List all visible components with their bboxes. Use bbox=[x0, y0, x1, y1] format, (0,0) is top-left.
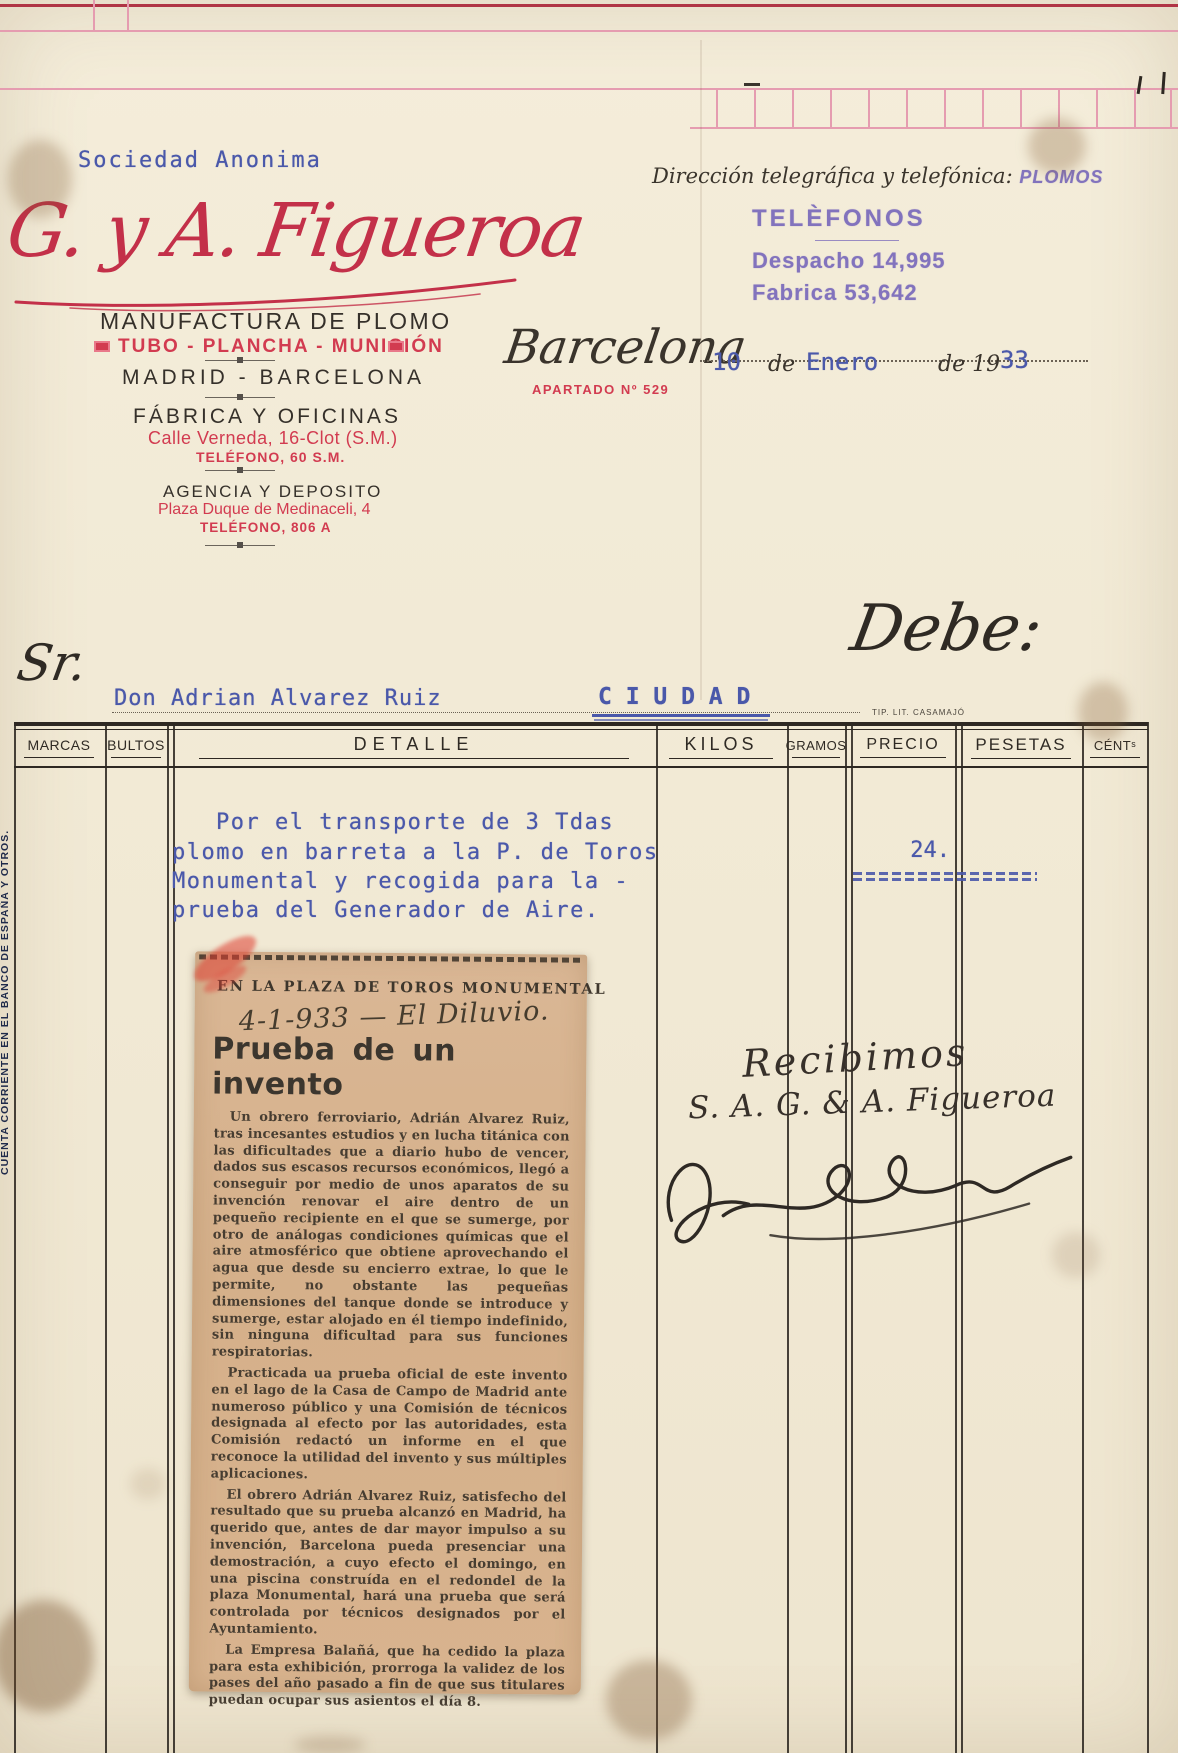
handwritten-received: Recibimos bbox=[741, 1030, 969, 1086]
col-underline-bultos bbox=[111, 757, 161, 758]
company-logo-script: G. y A. Figueroa bbox=[2, 188, 589, 274]
ruling-col-tick-4 bbox=[830, 88, 832, 128]
dateline-de-word: de bbox=[768, 352, 795, 377]
dateline-year-typed: 33 bbox=[1000, 346, 1029, 374]
margin-note-vertical: CUENTA CORRIENTE EN EL BANCO DE ESPAÑA Y… bbox=[0, 728, 14, 1276]
col-header-detalle: DETALLE bbox=[354, 734, 475, 755]
business-line: MANUFACTURA DE PLOMO bbox=[100, 308, 452, 335]
col-underline-pesetas bbox=[971, 758, 1071, 759]
detail-line-1: Por el transporte de 3 Tdas bbox=[216, 810, 614, 835]
products-ornament-right bbox=[388, 341, 404, 352]
newspaper-clipping: EN LA PLAZA DE TOROS MONUMENTAL 4-1-933 … bbox=[189, 951, 587, 1694]
dateline-de-year: de 19 bbox=[938, 352, 1000, 377]
dateline-rule bbox=[700, 360, 1088, 362]
ruling-col-tick-10 bbox=[1058, 88, 1060, 128]
col-header-cents: CÉNTˢ bbox=[1094, 738, 1136, 753]
divider-ornament-3 bbox=[205, 470, 275, 471]
ruling-pink-line-2 bbox=[0, 88, 1178, 90]
corner-pen-mark-2 bbox=[1161, 72, 1166, 94]
stain-right-mid bbox=[1078, 682, 1128, 742]
table-top-thin-line bbox=[14, 729, 1148, 730]
handwritten-signature bbox=[644, 1101, 1091, 1274]
po-box-line: APARTADO Nº 529 bbox=[532, 382, 669, 397]
ruling-col-tick-11 bbox=[1096, 88, 1098, 128]
table-vline-left-edge bbox=[14, 722, 16, 1753]
ruling-col-tick-3 bbox=[792, 88, 794, 128]
ruling-col-tick-6 bbox=[906, 88, 908, 128]
col-underline-gramos bbox=[792, 757, 840, 758]
ruling-pink-line-1 bbox=[0, 30, 1178, 32]
col-header-gramos: GRAMOS bbox=[786, 738, 847, 753]
ruling-left-tick-b bbox=[127, 0, 129, 31]
divider-ornament-1 bbox=[205, 360, 275, 361]
table-vline-bultos-detalle-a bbox=[167, 722, 169, 1753]
col-header-pesetas: PESETAS bbox=[975, 735, 1066, 755]
clipping-perforated-edge bbox=[199, 954, 583, 962]
stamp-divider bbox=[815, 240, 899, 241]
col-header-bultos: BULTOS bbox=[107, 737, 165, 753]
detail-line-4: prueba del Generador de Aire. bbox=[172, 898, 600, 923]
col-underline-marcas bbox=[24, 757, 94, 758]
clipping-paragraph-3: El obrero Adrián Alvarez Ruiz, satisfech… bbox=[209, 1487, 566, 1641]
ruling-pink-line-3 bbox=[690, 127, 1178, 129]
dateline-month-typed: Enero bbox=[806, 348, 878, 376]
col-header-marcas: MARCAS bbox=[28, 737, 91, 753]
agency-address: Plaza Duque de Medinaceli, 4 bbox=[158, 501, 371, 519]
ruling-top-crimson-line bbox=[0, 4, 1178, 7]
clipping-paragraph-2: Practicada ua prueba oficial de este inv… bbox=[211, 1365, 568, 1486]
city-underline-2 bbox=[594, 719, 768, 721]
detail-line-2: plomo en barreta a la P. de Toros bbox=[172, 840, 659, 865]
addressee-rule bbox=[112, 712, 860, 713]
products-ornament-left bbox=[94, 341, 110, 352]
detail-line-3: Monumental y recogida para la - bbox=[172, 869, 629, 894]
stain-mid-left bbox=[130, 1468, 166, 1500]
office-phone-stamp: Despacho 14,995 bbox=[752, 248, 946, 274]
stain-bottom-center bbox=[606, 1660, 692, 1740]
agency-phone: TELÉFONO, 806 A bbox=[200, 520, 332, 535]
col-underline-precio bbox=[860, 757, 946, 758]
agency-heading: AGENCIA Y DEPOSITO bbox=[163, 482, 382, 502]
ruling-col-tick-13 bbox=[1170, 88, 1172, 128]
table-top-thick-line bbox=[14, 722, 1148, 726]
clipping-kicker: EN LA PLAZA DE TOROS MONUMENTAL bbox=[217, 977, 573, 997]
phones-heading-stamp: TELÈFONOS bbox=[752, 205, 926, 233]
city-underline-1 bbox=[592, 714, 770, 717]
divider-ornament-2 bbox=[205, 397, 275, 398]
clipping-headline: Prueba de un invento bbox=[212, 1031, 587, 1104]
ruling-col-tick-8 bbox=[982, 88, 984, 128]
addressee-city-typed: C I U D A D bbox=[598, 684, 750, 710]
ruling-col-tick-9 bbox=[1020, 88, 1022, 128]
telegraph-label: Dirección telegráfica y telefónica: PLOM… bbox=[652, 164, 1103, 188]
invoice-scan-page: Sociedad Anonima G. y A. Figueroa MANUFA… bbox=[0, 0, 1178, 1753]
ruling-col-tick-12 bbox=[1134, 88, 1136, 128]
col-header-precio: PRECIO bbox=[866, 736, 939, 754]
col-underline-cents bbox=[1090, 757, 1140, 758]
total-dashed-line-2 bbox=[853, 878, 1037, 881]
dateline-day-typed: 10 bbox=[712, 348, 741, 376]
factory-phone-stamp: Fabrica 53,642 bbox=[752, 280, 918, 306]
pesetas-amount-typed: 24. bbox=[870, 838, 950, 863]
cities-line: MADRID - BARCELONA bbox=[122, 366, 425, 390]
small-pen-dash bbox=[744, 83, 760, 86]
factory-heading: FÁBRICA Y OFICINAS bbox=[133, 405, 401, 429]
factory-phone: TELÉFONO, 60 S.M. bbox=[196, 449, 345, 465]
ruling-col-tick-7 bbox=[944, 88, 946, 128]
table-header-bottom-line bbox=[14, 766, 1148, 768]
table-vline-marcas-bultos bbox=[105, 722, 107, 1753]
clipping-paragraph-4: La Empresa Balañá, que ha cedido la plaz… bbox=[209, 1642, 566, 1712]
col-underline-detalle bbox=[199, 758, 629, 759]
telegraph-label-text: Dirección telegráfica y telefónica: bbox=[652, 164, 1013, 188]
total-dashed-line-1 bbox=[853, 872, 1037, 875]
debit-label-script: Debe: bbox=[845, 592, 1048, 666]
legal-form-typed: Sociedad Anonima bbox=[78, 148, 322, 173]
telegraph-value-stamp: PLOMOS bbox=[1019, 167, 1103, 187]
stain-bottom-edge bbox=[294, 1736, 366, 1753]
corner-pen-mark-1 bbox=[1137, 76, 1143, 94]
clipping-handwritten-source: 4-1-933 — El Diluvio. bbox=[238, 994, 587, 1037]
ruling-col-tick-5 bbox=[868, 88, 870, 128]
factory-address: Calle Verneda, 16-Clot (S.M.) bbox=[148, 428, 398, 449]
divider-ornament-4 bbox=[205, 545, 275, 546]
ruling-col-tick-1 bbox=[716, 88, 718, 128]
clipping-paragraph-1: Un obrero ferroviario, Adrián Alvarez Ru… bbox=[212, 1109, 570, 1364]
col-underline-kilos bbox=[669, 758, 773, 759]
ruling-left-tick-a bbox=[93, 0, 95, 31]
salutation-script: Sr. bbox=[13, 634, 92, 692]
ruling-col-tick-2 bbox=[754, 88, 756, 128]
printer-credit: TIP. LIT. CASAMAJÓ bbox=[872, 708, 965, 717]
col-header-kilos: KILOS bbox=[684, 734, 757, 755]
table-vline-right-edge bbox=[1147, 722, 1149, 1753]
addressee-name-typed: Don Adrian Alvarez Ruiz bbox=[114, 686, 442, 711]
